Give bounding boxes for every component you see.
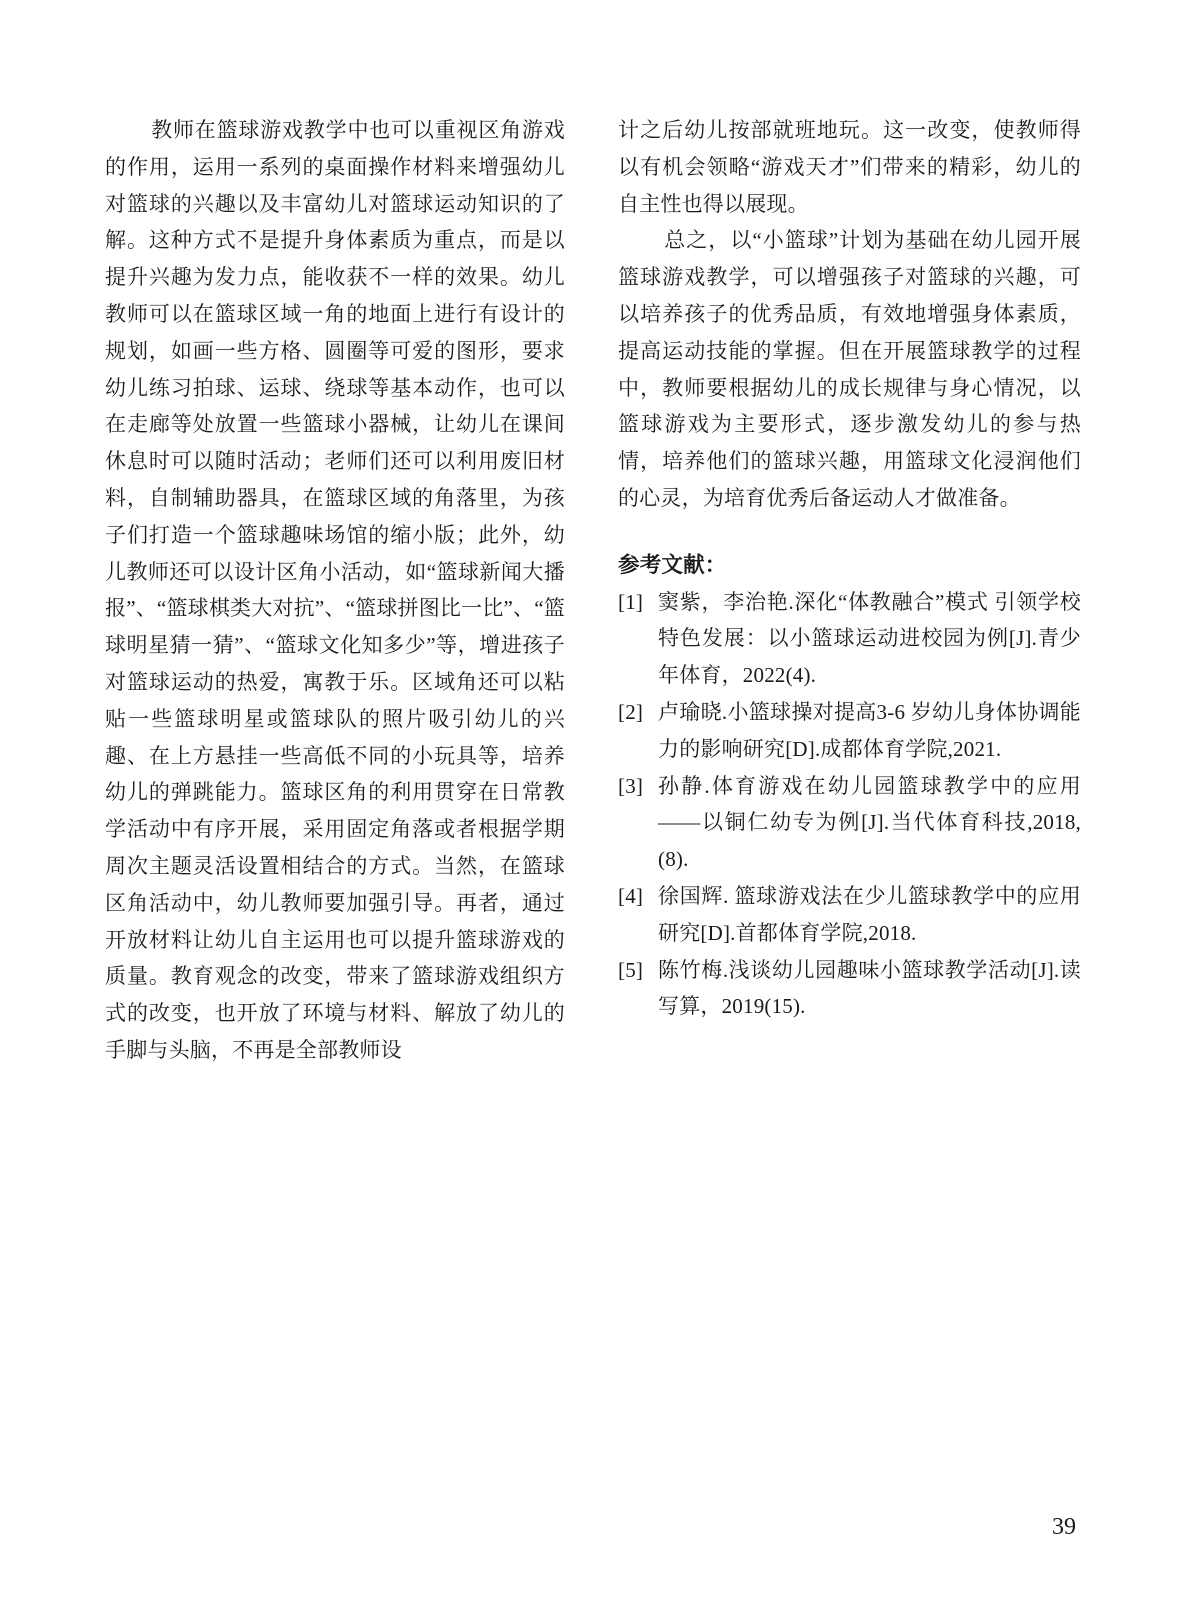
reference-marker: [2] bbox=[618, 694, 643, 731]
references-list: [1] 窦紫，李治艳.深化“体教融合”模式 引领学校特色发展：以小篮球运动进校园… bbox=[618, 584, 1081, 1026]
reference-text: 窦紫，李治艳.深化“体教融合”模式 引领学校特色发展：以小篮球运动进校园为例[J… bbox=[658, 590, 1081, 688]
reference-marker: [3] bbox=[618, 768, 643, 805]
page-number: 39 bbox=[1038, 1510, 1090, 1544]
reference-marker: [4] bbox=[618, 878, 643, 915]
right-column: 计之后幼儿按部就班地玩。这一改变，使教师得以有机会领略“游戏天才”们带来的精彩，… bbox=[618, 112, 1081, 1025]
body-paragraph-continuation: 计之后幼儿按部就班地玩。这一改变，使教师得以有机会领略“游戏天才”们带来的精彩，… bbox=[618, 112, 1081, 222]
paper-page: 教师在篮球游戏教学中也可以重视区角游戏的作用，运用一系列的桌面操作材料来增强幼儿… bbox=[0, 0, 1191, 1616]
reference-marker: [1] bbox=[618, 584, 643, 621]
reference-text: 徐国辉. 篮球游戏法在少儿篮球教学中的应用研究[D].首都体育学院,2018. bbox=[658, 884, 1081, 945]
reference-text: 陈竹梅.浅谈幼儿园趣味小篮球教学活动[J].读写算，2019(15). bbox=[658, 958, 1081, 1019]
reference-marker: [5] bbox=[618, 952, 643, 989]
reference-item: [5] 陈竹梅.浅谈幼儿园趣味小篮球教学活动[J].读写算，2019(15). bbox=[618, 952, 1081, 1026]
reference-text: 卢瑜晓.小篮球操对提高3-6 岁幼儿身体协调能力的影响研究[D].成都体育学院,… bbox=[658, 700, 1081, 761]
reference-item: [2] 卢瑜晓.小篮球操对提高3-6 岁幼儿身体协调能力的影响研究[D].成都体… bbox=[618, 694, 1081, 768]
references-heading: 参考文献： bbox=[618, 547, 1081, 584]
left-column: 教师在篮球游戏教学中也可以重视区角游戏的作用，运用一系列的桌面操作材料来增强幼儿… bbox=[105, 112, 565, 1069]
reference-item: [3] 孙静.体育游戏在幼儿园篮球教学中的应用——以铜仁幼专为例[J].当代体育… bbox=[618, 768, 1081, 878]
reference-text: 孙静.体育游戏在幼儿园篮球教学中的应用——以铜仁幼专为例[J].当代体育科技,2… bbox=[658, 774, 1081, 872]
conclusion-paragraph: 总之，以“小篮球”计划为基础在幼儿园开展篮球游戏教学，可以增强孩子对篮球的兴趣，… bbox=[618, 222, 1081, 516]
reference-item: [4] 徐国辉. 篮球游戏法在少儿篮球教学中的应用研究[D].首都体育学院,20… bbox=[618, 878, 1081, 952]
body-paragraph-start: 教师在篮球游戏教学中也可以重视区角游戏的作用，运用一系列的桌面操作材料来增强幼儿… bbox=[105, 112, 565, 1069]
reference-item: [1] 窦紫，李治艳.深化“体教融合”模式 引领学校特色发展：以小篮球运动进校园… bbox=[618, 584, 1081, 694]
